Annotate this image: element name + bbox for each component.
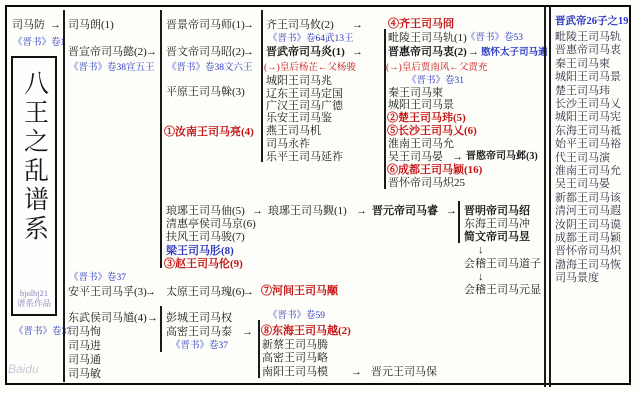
person-node: 晋文帝司马昭(2) (166, 46, 245, 58)
person-node: 晋元王司马保 (371, 366, 437, 378)
prince-list-item: 秦王司马柬 (555, 58, 610, 70)
book-reference-label: 《晋书》卷1 (13, 37, 65, 49)
person-node: ②楚王司马玮(5) (387, 112, 466, 124)
person-node: ⑥成都王司马颖(16) (387, 164, 482, 176)
person-node: 齐王司马攸(2) (266, 19, 334, 31)
person-node: 新蔡王司马腾 (262, 339, 328, 351)
person-node: 淮南王司马允 (388, 138, 454, 150)
connector-line (63, 10, 65, 382)
connector-line (458, 201, 460, 243)
arrow-icon: → (252, 205, 263, 217)
person-node: 愍怀太子司马遹 (481, 47, 548, 59)
person-node: ④齐王司马冏 (388, 18, 454, 30)
book-reference-label: 《晋书》卷64武13王 (268, 33, 354, 45)
connector-line (549, 7, 551, 387)
person-node: 简文帝司马昱 (464, 231, 530, 243)
author-label: 谱系作品 (13, 298, 55, 308)
prince-list-item: 代王司马演 (555, 152, 610, 164)
prince-list-item: 汝阴王司马谟 (555, 219, 621, 231)
person-node: 辽东王司马定国 (266, 88, 343, 100)
person-node: 城阳王司马兆 (266, 75, 332, 87)
arrow-icon: → (146, 46, 157, 58)
person-node: 毗陵王司马轨(1) (388, 32, 467, 44)
person-node: 司马恂 (68, 326, 101, 338)
arrow-icon: → (145, 286, 156, 298)
prince-list-item: 成都王司马颖 (555, 232, 621, 244)
person-node: 司马敏 (68, 368, 101, 380)
person-node: 吴王司马晏 (388, 151, 443, 163)
person-node: 司马永祚 (266, 138, 310, 150)
person-node: (→)皇后贾南风←父贾充 (386, 62, 487, 74)
prince-list-item: 毗陵王司马轨 (555, 31, 621, 43)
prince-list-item: 渤海王司马恢 (555, 259, 621, 271)
person-node: 乐安王司马鉴 (266, 112, 332, 124)
person-node: (→)皇后杨芷←父杨骏 (264, 62, 356, 74)
person-node: ③赵王司马伦(9) (164, 258, 243, 270)
person-node: 司马防 (12, 19, 45, 31)
person-node: 琅琊王司马觐(1) (268, 205, 347, 217)
person-node: 晋武帝司马炎(1) (266, 46, 345, 58)
arrow-icon: ↓ (478, 271, 484, 283)
author-credit: hjolhj21 谱系作品 (13, 288, 55, 308)
author-id: hjolhj21 (13, 288, 55, 298)
chart-title: 八王之乱谱系 (21, 70, 48, 244)
person-node: 东海王司马冲 (464, 218, 530, 230)
prince-list-item: 淮南王司马允 (555, 165, 621, 177)
arrow-icon: → (468, 46, 479, 58)
book-reference-label: 《晋书》卷59 (268, 310, 325, 322)
arrow-icon: → (352, 19, 363, 31)
book-reference-label: 《晋书》卷31 (407, 75, 464, 87)
person-node: 广汉王司马广德 (266, 100, 343, 112)
person-node: 会稽王司马元显 (464, 284, 541, 296)
arrow-icon: → (352, 46, 363, 58)
person-node: 晋明帝司马绍 (464, 205, 530, 217)
connector-line (544, 7, 546, 387)
arrow-icon: → (446, 205, 457, 217)
person-node: 南阳王司马模 (262, 366, 328, 378)
book-reference-label: 《晋书》卷37 (171, 340, 228, 352)
person-node: 太原王司马瑰(6) (166, 286, 245, 298)
person-node: 平原王司马榦(3) (166, 86, 245, 98)
person-node: 高密王司马略 (262, 352, 328, 364)
prince-list-item: 长沙王司马乂 (555, 98, 621, 110)
connector-line (160, 306, 162, 352)
person-node: 城阳王司马景 (388, 99, 454, 111)
prince-list-item: 始平王司马裕 (555, 138, 621, 150)
book-reference-label: 《晋书》卷53 (466, 32, 523, 44)
prince-list-item: 司马景度 (555, 272, 599, 284)
book-reference-label: 《晋书》卷38宣五王 (69, 62, 155, 74)
arrow-icon: → (243, 286, 254, 298)
person-node: 晋愍帝司马邺(3) (466, 151, 538, 163)
person-node: 琅琊王司马伷(5) (166, 205, 245, 217)
genealogy-chart-page: { "sidebar": { "title": "八王之乱谱系", "credi… (0, 0, 640, 394)
person-node: 晋宣帝司马懿(2) (68, 46, 147, 58)
person-node: 晋怀帝司马炽25 (388, 177, 465, 189)
prince-list-item: 晋怀帝司马炽 (555, 245, 621, 257)
connector-line (160, 10, 162, 268)
connector-line (261, 10, 263, 162)
arrow-icon: → (147, 312, 158, 324)
arrow-icon: → (351, 366, 362, 378)
person-node: ⑤长沙王司马乂(6) (387, 125, 477, 137)
person-node: 彭城王司马权 (166, 312, 232, 324)
watermark: Baidu (8, 362, 39, 376)
sidebar-title-box: 八王之乱谱系 hjolhj21 谱系作品 (11, 56, 57, 316)
prince-list-item: 城阳王司马景 (555, 71, 621, 83)
person-node: 燕王司马机 (266, 125, 321, 137)
prince-list-item: 楚王司马玮 (555, 85, 610, 97)
person-node: 司马通 (68, 354, 101, 366)
arrow-icon: → (243, 19, 254, 31)
arrow-icon: ↓ (478, 244, 484, 256)
arrow-icon: → (356, 205, 367, 217)
prince-list-item: 吴王司马晏 (555, 178, 610, 190)
prince-list-item: 清河王司马遐 (555, 205, 621, 217)
person-node: ⑦河间王司马颙 (261, 285, 338, 297)
person-node: ①汝南王司马亮(4) (164, 126, 254, 138)
connector-line (384, 29, 386, 189)
right-panel-header: 晋武帝26子之19 (555, 16, 629, 28)
person-node: 晋元帝司马睿 (372, 205, 438, 217)
prince-list-item: 晋惠帝司马衷 (555, 44, 621, 56)
person-node: 清惠亭侯司马京(6) (166, 218, 256, 230)
prince-list-item: 城阳王司马宪 (555, 111, 621, 123)
person-node: 高密王司马泰 (166, 326, 232, 338)
person-node: 晋惠帝司马衷(2) (388, 46, 467, 58)
prince-list-item: 新都王司马该 (555, 192, 621, 204)
person-node: ⑧东海王司马越(2) (261, 325, 351, 337)
connector-line (258, 320, 260, 378)
person-node: 会稽王司马道子 (464, 258, 541, 270)
person-node: 安平王司马孚(3) (68, 286, 147, 298)
person-node: 乐平王司马延祚 (266, 151, 343, 163)
person-node: 司马进 (68, 340, 101, 352)
person-node: 晋景帝司马师(1) (166, 19, 245, 31)
arrow-icon: → (242, 326, 253, 338)
person-node: 梁王司马肜(8) (166, 245, 234, 257)
book-reference-label: 《晋书》卷38文六王 (167, 62, 253, 74)
arrow-icon: → (50, 19, 61, 31)
person-node: 秦王司马柬 (388, 87, 443, 99)
arrow-icon: → (452, 151, 463, 163)
person-node: 扶风王司马骏(7) (166, 231, 245, 243)
arrow-icon: → (243, 46, 254, 58)
person-node: 司马朗(1) (68, 19, 114, 31)
person-node: 东武侯司马馗(4) (68, 312, 147, 324)
book-reference-label: 《晋书》卷37 (69, 272, 126, 284)
prince-list-item: 东海王司马祗 (555, 125, 621, 137)
